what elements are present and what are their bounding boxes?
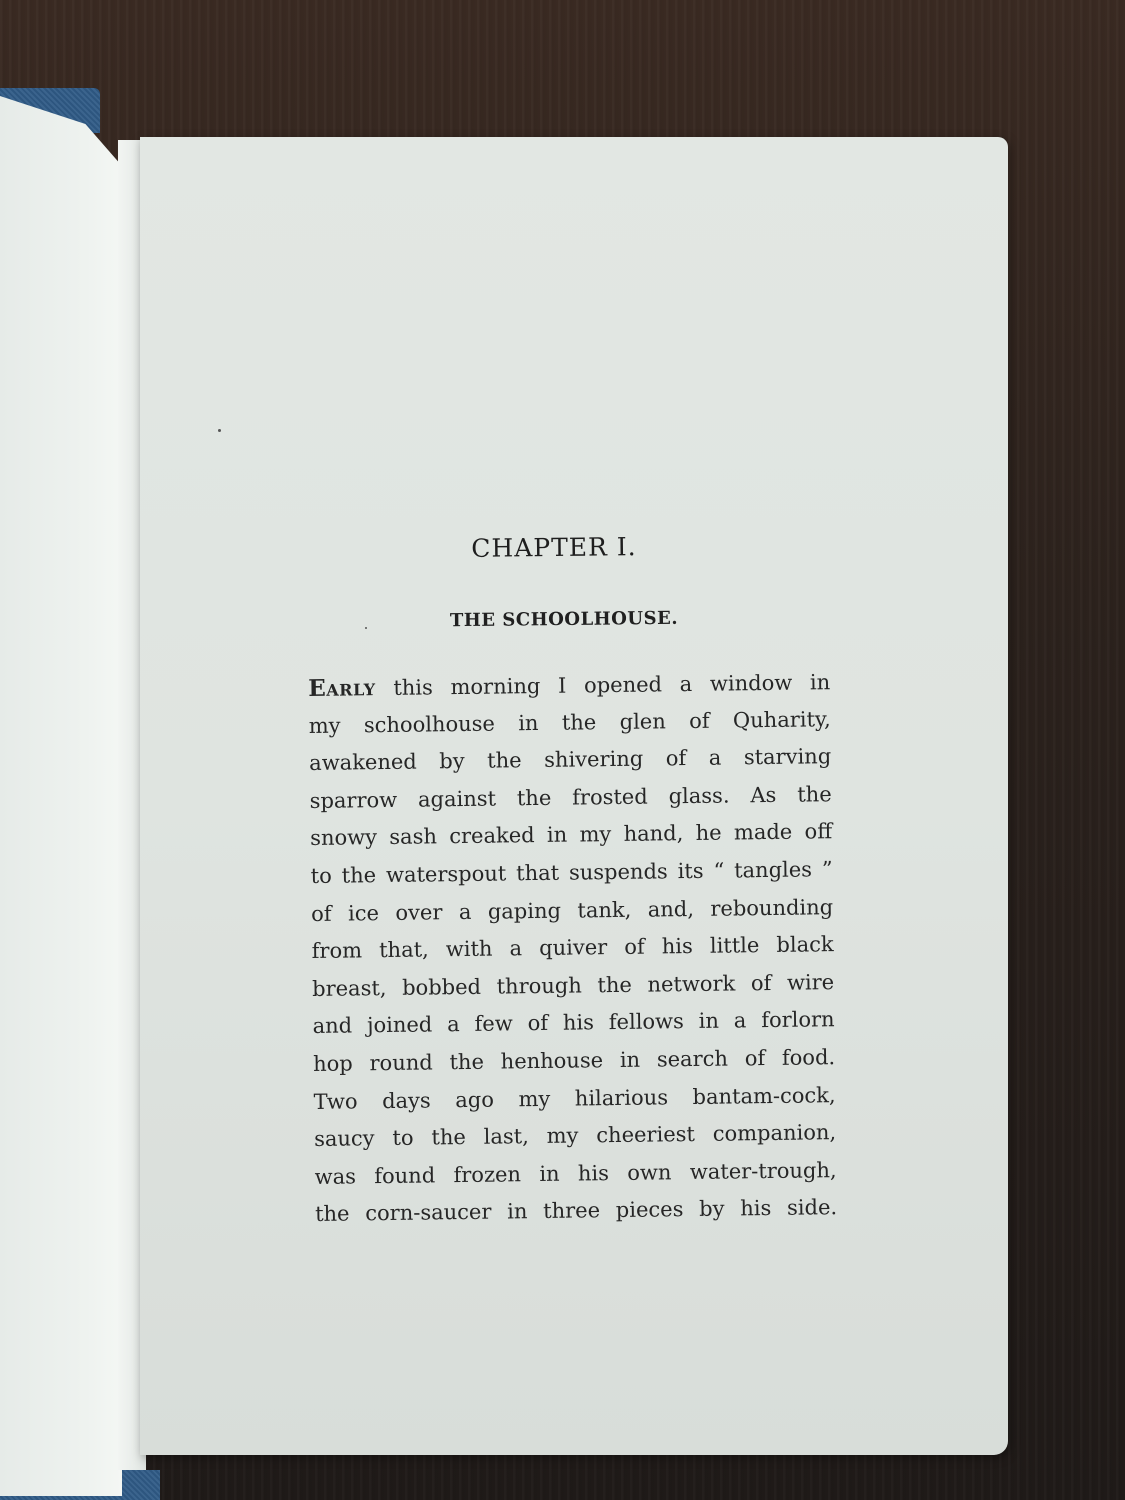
chapter-title: THE SCHOOLHOUSE. — [130, 604, 998, 634]
left-facing-page — [0, 96, 122, 1496]
chapter-heading: CHAPTER I. — [120, 528, 988, 566]
text-line: to the waterspout that suspends its “ ta… — [310, 851, 832, 895]
paper-speck — [365, 627, 367, 629]
chapter-body-text: Early this morning I opened a window in … — [308, 663, 837, 1234]
book-page: CHAPTER I. THE SCHOOLHOUSE. Early this m… — [140, 137, 1008, 1455]
text-line: saucy to the last, my cheeriest companio… — [314, 1114, 836, 1158]
paper-speck — [218, 429, 221, 432]
text-line-content: this morning I opened a window in — [375, 670, 830, 700]
text-line: the corn-saucer in three pieces by his s… — [315, 1189, 837, 1233]
opening-word: Early — [308, 674, 376, 702]
text-line: from that, with a quiver of his little b… — [311, 926, 833, 970]
text-line: Early this morning I opened a window in — [308, 663, 830, 707]
text-line: hop round the henhouse in search of food… — [313, 1039, 835, 1083]
text-line: awakened by the shivering of a starving — [309, 738, 831, 782]
